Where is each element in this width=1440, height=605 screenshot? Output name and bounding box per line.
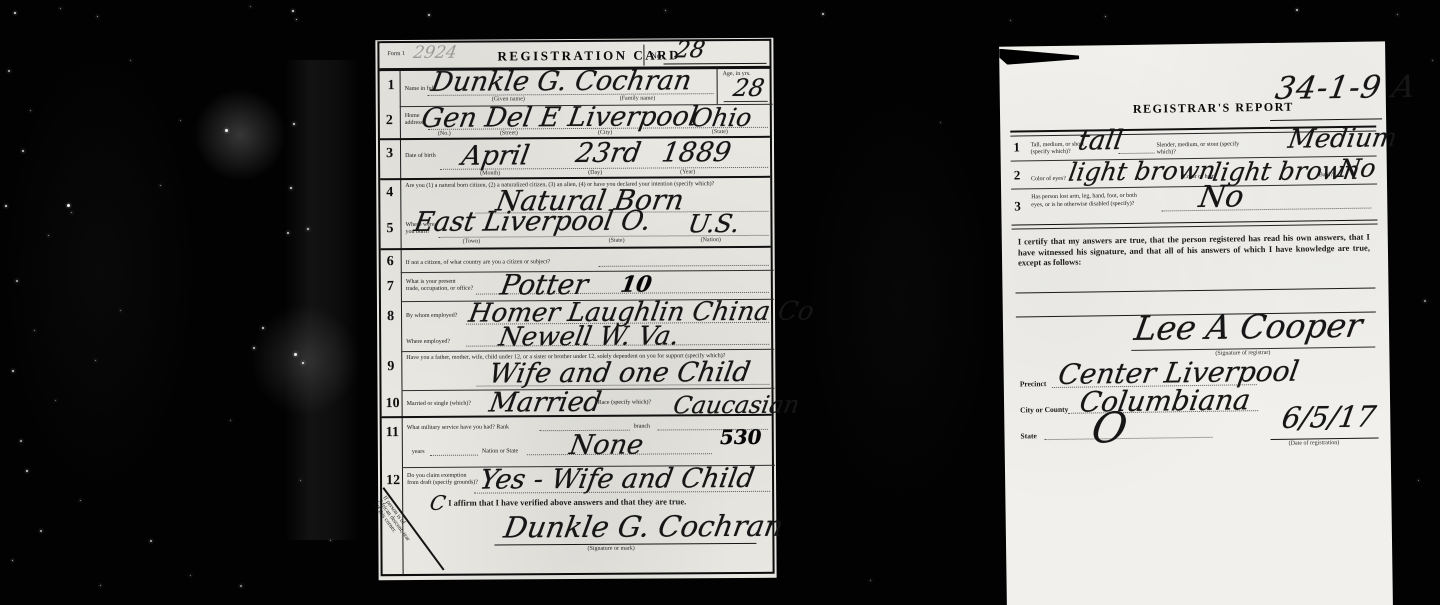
birthplace-town-caption: (Town): [463, 239, 481, 245]
film-dust-speck: [12, 370, 14, 372]
address-no-caption: (No.): [438, 131, 451, 137]
film-dust-speck: [1010, 20, 1011, 21]
trade-value: Potter: [498, 268, 591, 302]
signature-caption: (Signature or mark): [587, 546, 634, 552]
report-row2-number: 2: [1014, 167, 1021, 183]
bald-value: No: [1336, 153, 1378, 183]
row10-number: 10: [386, 396, 400, 412]
film-dust-speck: [8, 70, 10, 72]
certification-text: I certify that my answers are true, that…: [1018, 232, 1370, 268]
row3-number: 3: [386, 146, 393, 162]
married-label: Married or single (which)?: [407, 401, 472, 407]
film-dust-speck: [253, 347, 255, 349]
birthplace-state-caption: (State): [609, 238, 625, 244]
film-dust-speck: [40, 530, 42, 532]
row11-number: 11: [386, 425, 399, 441]
film-dust-speck: [48, 235, 49, 236]
film-dust-speck: [822, 13, 824, 15]
serial-no-underline: [664, 63, 767, 65]
row7-number: 7: [387, 279, 394, 295]
dob-label: Date of birth: [405, 153, 436, 159]
film-dust-speck: [97, 16, 98, 17]
film-dust-speck: [190, 575, 191, 576]
birthplace-nation-caption: (Nation): [701, 237, 721, 243]
film-dust-speck: [240, 585, 242, 587]
film-dust-speck: [16, 280, 18, 282]
film-dust-speck: [60, 8, 61, 9]
address-state-caption: (State): [712, 129, 728, 135]
report-number-underline: [1270, 118, 1382, 121]
registrars-report-card: REGISTRAR'S REPORT 34-1-9 A 1 Tall, medi…: [999, 41, 1393, 605]
race-label: Race (specify which)?: [598, 400, 652, 406]
married-value: Married: [487, 387, 604, 419]
report-title: REGISTRAR'S REPORT: [1133, 100, 1294, 117]
eye-color-label: Color of eyes?: [1031, 176, 1066, 182]
microfilm-scan-view: { "colors": {"background": "#020202", "p…: [0, 0, 1440, 605]
film-dust-speck: [67, 204, 70, 207]
film-dust-speck: [250, 6, 251, 7]
film-smudge: [240, 300, 370, 420]
dob-day: 23rd: [573, 138, 643, 169]
row5-number: 5: [386, 221, 393, 237]
address-city-caption: (City): [598, 130, 612, 136]
dob-year: 1889: [659, 137, 733, 168]
affirmation-text: I affirm that I have verified above answ…: [448, 496, 686, 507]
serial-no-value: 28: [673, 37, 707, 63]
film-dust-speck: [225, 129, 228, 132]
film-dust-speck: [1397, 14, 1398, 15]
film-dust-speck: [1105, 16, 1106, 17]
report-row3-rule: [1012, 219, 1378, 229]
alien-country-label: If not a citizen, of what country are yo…: [406, 259, 550, 266]
film-dust-speck: [330, 540, 331, 541]
film-dust-speck: [80, 500, 81, 501]
dob-year-caption: (Year): [680, 169, 695, 175]
registrant-signature: Dunkle G. Cochran: [501, 509, 786, 545]
exception-line-1: [1016, 287, 1376, 293]
row1-number: 1: [388, 78, 395, 94]
row5-rule: [381, 246, 771, 250]
military-extra-number: 530: [718, 425, 764, 449]
birthplace-value: East Liverpool O.: [412, 206, 653, 238]
film-band: [285, 60, 360, 540]
film-dust-speck: [870, 580, 871, 581]
disabled-value: No: [1196, 179, 1246, 215]
row2-number: 2: [386, 113, 393, 129]
exemption-value: Yes - Wife and Child: [477, 463, 756, 496]
employed-where-value: Newell W. Va.: [497, 321, 682, 352]
film-dust-speck: [14, 12, 16, 14]
report-row1-number: 1: [1013, 139, 1020, 155]
film-dust-speck: [22, 150, 24, 152]
row12-number: 12: [386, 473, 400, 489]
state-line: [1045, 437, 1213, 440]
employer-label: By whom employed?: [406, 313, 457, 319]
military-value: None: [567, 430, 646, 461]
age-box-rule: [717, 68, 718, 104]
age-underline: [724, 101, 768, 102]
number-column-rule: [400, 70, 404, 575]
film-dust-speck: [1424, 300, 1426, 302]
registration-card-frame: Form 1 2924 REGISTRATION CARD No. 28 1 N…: [377, 39, 774, 576]
film-dust-speck: [100, 585, 101, 586]
stamp-scrawl: 2924: [412, 43, 459, 63]
film-dust-speck: [30, 110, 31, 111]
report-row3-number: 3: [1014, 198, 1021, 214]
state-value: O: [1088, 403, 1130, 453]
film-dust-speck: [294, 353, 297, 356]
registration-card: Form 1 2924 REGISTRATION CARD No. 28 1 N…: [375, 38, 776, 580]
report-number: 34-1-9 A: [1273, 69, 1419, 107]
address-value: Gen Del E Liverpool: [419, 101, 700, 134]
age-value: 28: [731, 74, 766, 102]
alien-country-writeline: [599, 265, 769, 267]
state-label: State: [1020, 431, 1036, 440]
dependents-value: Wife and one Child: [487, 357, 753, 390]
military-years-line: [430, 455, 478, 456]
dob-month: April: [459, 140, 531, 171]
film-smudge: [800, 80, 1000, 520]
military-nation-label: Nation or State: [482, 448, 518, 454]
registrar-signature: Lee A Cooper: [1132, 306, 1366, 348]
film-dust-speck: [95, 360, 96, 361]
film-dust-speck: [296, 19, 297, 20]
film-dust-speck: [262, 327, 264, 329]
disabled-label-2: eyes, or is he otherwise disabled (speci…: [1031, 201, 1134, 208]
row3-rule: [380, 176, 770, 180]
height-writeline: [1119, 153, 1155, 155]
exemption-label-1: Do you claim exemption: [407, 473, 467, 479]
precinct-label: Precinct: [1020, 379, 1047, 388]
film-dust-speck: [160, 185, 161, 186]
film-dust-speck: [302, 362, 304, 364]
film-dust-speck: [20, 440, 22, 442]
film-dust-speck: [940, 122, 941, 123]
film-dust-speck: [120, 310, 121, 311]
row6-number: 6: [387, 254, 394, 270]
birthplace-nation-value: U.S.: [686, 209, 742, 238]
disabled-writeline: [1161, 208, 1371, 212]
film-dust-speck: [293, 123, 295, 125]
film-dust-speck: [1432, 60, 1433, 61]
film-dust-speck: [1296, 9, 1298, 11]
film-smudge: [185, 85, 295, 185]
film-dust-speck: [307, 228, 309, 230]
registration-date-caption: (Date of registration): [1289, 440, 1340, 447]
film-smudge: [0, 40, 200, 500]
header-divider: [643, 45, 644, 66]
military-years-label: years: [412, 449, 425, 455]
film-dust-speck: [665, 10, 666, 11]
film-dust-speck: [34, 330, 35, 331]
film-dust-speck: [290, 187, 292, 189]
trade-label-2: trade, occupation, or office?: [406, 286, 473, 292]
name-value: Dunkle G. Cochran: [429, 65, 694, 98]
film-dust-speck: [5, 205, 7, 207]
film-dust-speck: [180, 120, 181, 121]
exemption-label-2: from draft (specify grounds)?: [407, 480, 478, 486]
corner-mark: C: [428, 491, 447, 515]
address-state-value: Ohio: [689, 103, 754, 132]
military-label: What military service have you had? Rank: [407, 424, 509, 431]
film-dust-speck: [287, 232, 289, 234]
film-dust-speck: [428, 14, 430, 16]
height-value: tall: [1076, 125, 1125, 157]
registration-date-value: 6/5/17: [1280, 399, 1379, 434]
employed-where-label: Where employed?: [406, 339, 450, 345]
city-county-label: City or County: [1020, 405, 1068, 415]
film-dust-speck: [300, 480, 301, 481]
film-dust-speck: [230, 420, 231, 421]
film-dust-speck: [55, 400, 56, 401]
disabled-label-1: Has person lost arm, leg, hand, foot, or…: [1031, 193, 1137, 200]
eye-color-value: light brown: [1066, 156, 1217, 187]
row4-number: 4: [386, 185, 393, 201]
build-weight-label: Slender, medium, or stout (specify which…: [1156, 141, 1252, 156]
trade-extra-number: 10: [619, 272, 654, 298]
film-dust-speck: [71, 212, 72, 213]
form-number-label: Form 1: [387, 51, 405, 57]
row9-number: 9: [387, 359, 394, 375]
build-value: Medium: [1286, 123, 1399, 155]
film-dust-speck: [12, 560, 13, 561]
film-dust-speck: [130, 60, 131, 61]
serial-no-label: No.: [650, 50, 663, 60]
dob-month-caption: (Month): [480, 170, 500, 176]
film-dust-speck: [292, 10, 294, 12]
address-street-caption: (Street): [500, 130, 518, 136]
row8-number: 8: [387, 309, 394, 325]
dob-day-caption: (Day): [588, 170, 602, 176]
trade-label-1: What is your present: [406, 279, 456, 285]
pen-mark: [999, 48, 1079, 65]
film-dust-speck: [26, 470, 28, 472]
film-dust-speck: [1418, 480, 1419, 481]
bald-label: Bald?: [1319, 172, 1333, 178]
film-dust-speck: [150, 540, 152, 542]
